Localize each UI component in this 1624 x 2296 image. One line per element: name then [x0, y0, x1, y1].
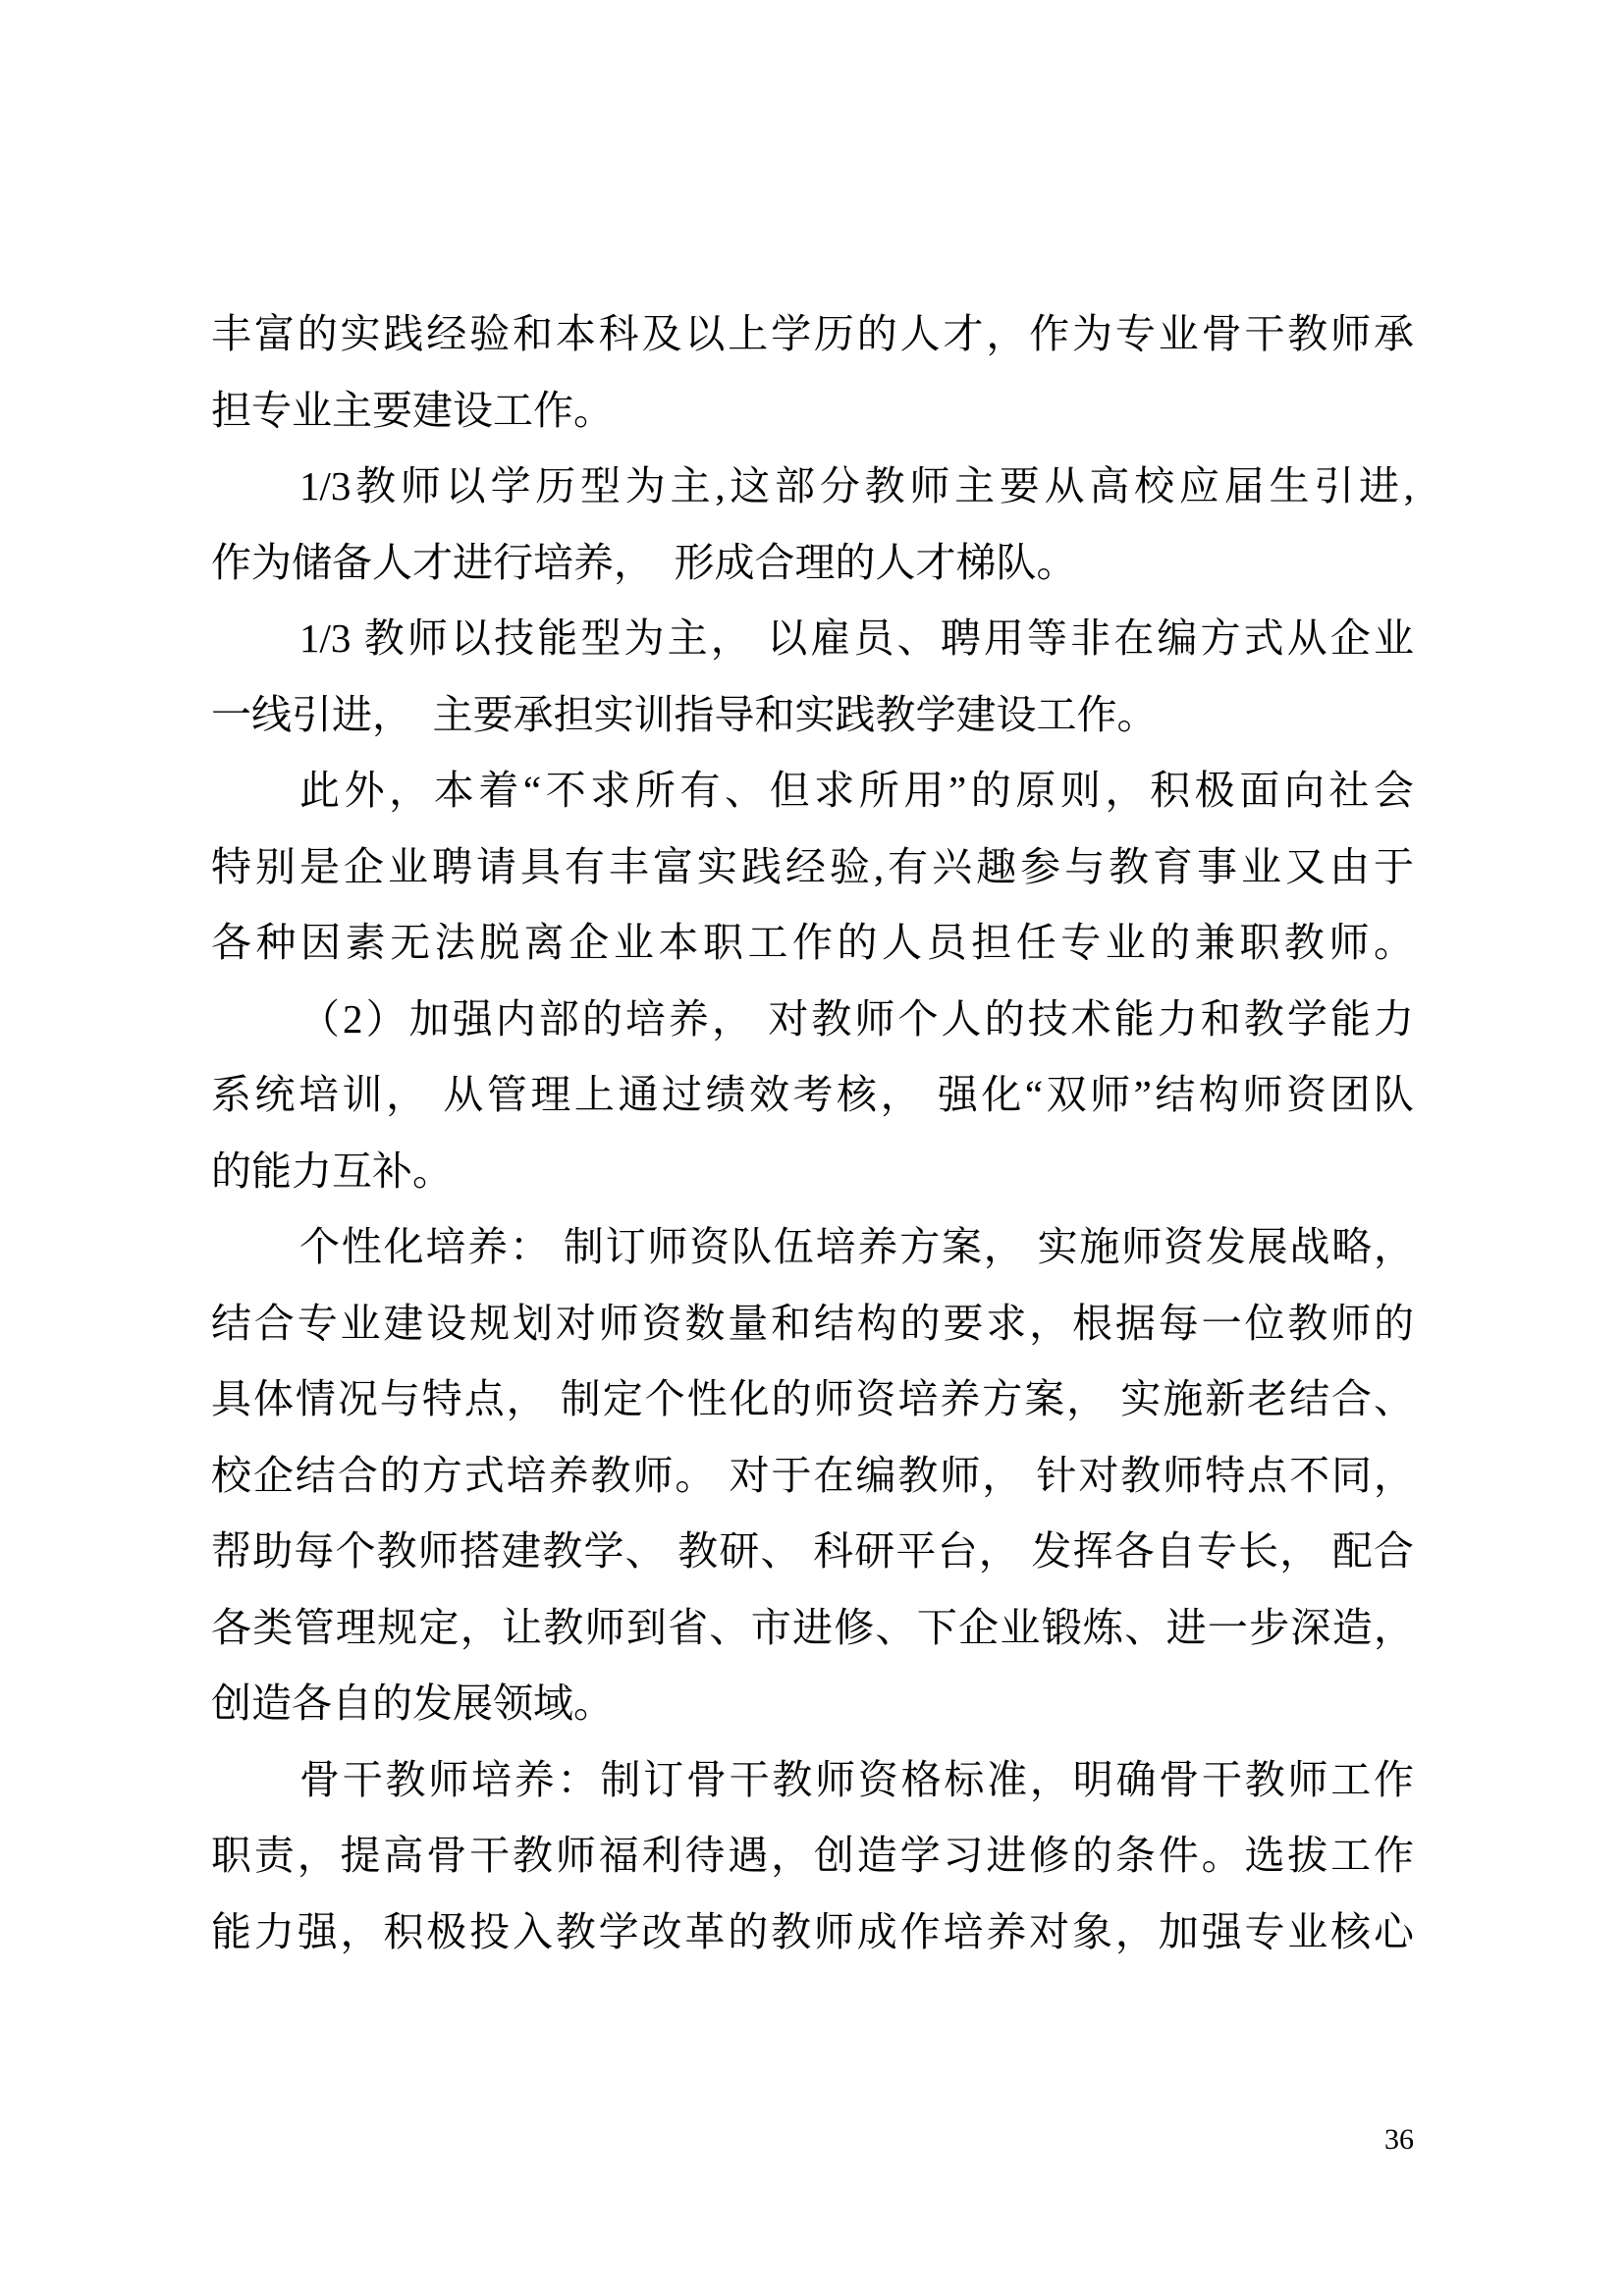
text-line: 1/3教师以学历型为主,这部分教师主要从高校应届生引进, — [211, 449, 1414, 525]
text-line: 一线引进， 主要承担实训指导和实践教学建设工作。 — [211, 677, 1414, 754]
text-line: 系统培训， 从管理上通过绩效考核， 强化“双师”结构师资团队 — [211, 1057, 1414, 1134]
text-line: 此外，本着“不求所有、但求所用”的原则，积极面向社会 — [211, 753, 1414, 829]
text-line: 的能力互补。 — [211, 1134, 1414, 1210]
text-line: 帮助每个教师搭建教学、 教研、 科研平台， 发挥各自专长， 配合 — [211, 1514, 1414, 1590]
text-line: 职责，提高骨干教师福利待遇，创造学习进修的条件。选拔工作 — [211, 1818, 1414, 1895]
text-line: 骨干教师培养：制订骨干教师资格标准，明确骨干教师工作 — [211, 1742, 1414, 1819]
text-line: 各种因素无法脱离企业本职工作的人员担任专业的兼职教师。 — [211, 905, 1414, 982]
text-line: 能力强，积极投入教学改革的教师成作培养对象，加强专业核心 — [211, 1895, 1414, 1971]
text-line: 结合专业建设规划对师资数量和结构的要求，根据每一位教师的 — [211, 1286, 1414, 1362]
text-line: 作为储备人才进行培养， 形成合理的人才梯队。 — [211, 525, 1414, 602]
text-line: （2）加强内部的培养， 对教师个人的技术能力和教学能力 — [211, 982, 1414, 1058]
text-line: 特别是企业聘请具有丰富实践经验,有兴趣参与教育事业又由于 — [211, 829, 1414, 906]
text-line: 1/3 教师以技能型为主， 以雇员、聘用等非在编方式从企业 — [211, 601, 1414, 677]
text-line: 创造各自的发展领域。 — [211, 1666, 1414, 1742]
text-line: 具体情况与特点， 制定个性化的师资培养方案， 实施新老结合、 — [211, 1362, 1414, 1438]
text-line: 校企结合的方式培养教师。 对于在编教师， 针对教师特点不同， — [211, 1438, 1414, 1515]
page-number: 36 — [1218, 2123, 1414, 2157]
text-line: 丰富的实践经验和本科及以上学历的人才，作为专业骨干教师承 — [211, 296, 1414, 373]
document-page: 丰富的实践经验和本科及以上学历的人才，作为专业骨干教师承担专业主要建设工作。1/… — [0, 0, 1624, 2296]
text-line: 担专业主要建设工作。 — [211, 373, 1414, 450]
document-body: 丰富的实践经验和本科及以上学历的人才，作为专业骨干教师承担专业主要建设工作。1/… — [211, 296, 1414, 1970]
text-line: 各类管理规定，让教师到省、市进修、下企业锻炼、进一步深造， — [211, 1590, 1414, 1667]
text-line: 个性化培养： 制订师资队伍培养方案， 实施师资发展战略， — [211, 1209, 1414, 1286]
